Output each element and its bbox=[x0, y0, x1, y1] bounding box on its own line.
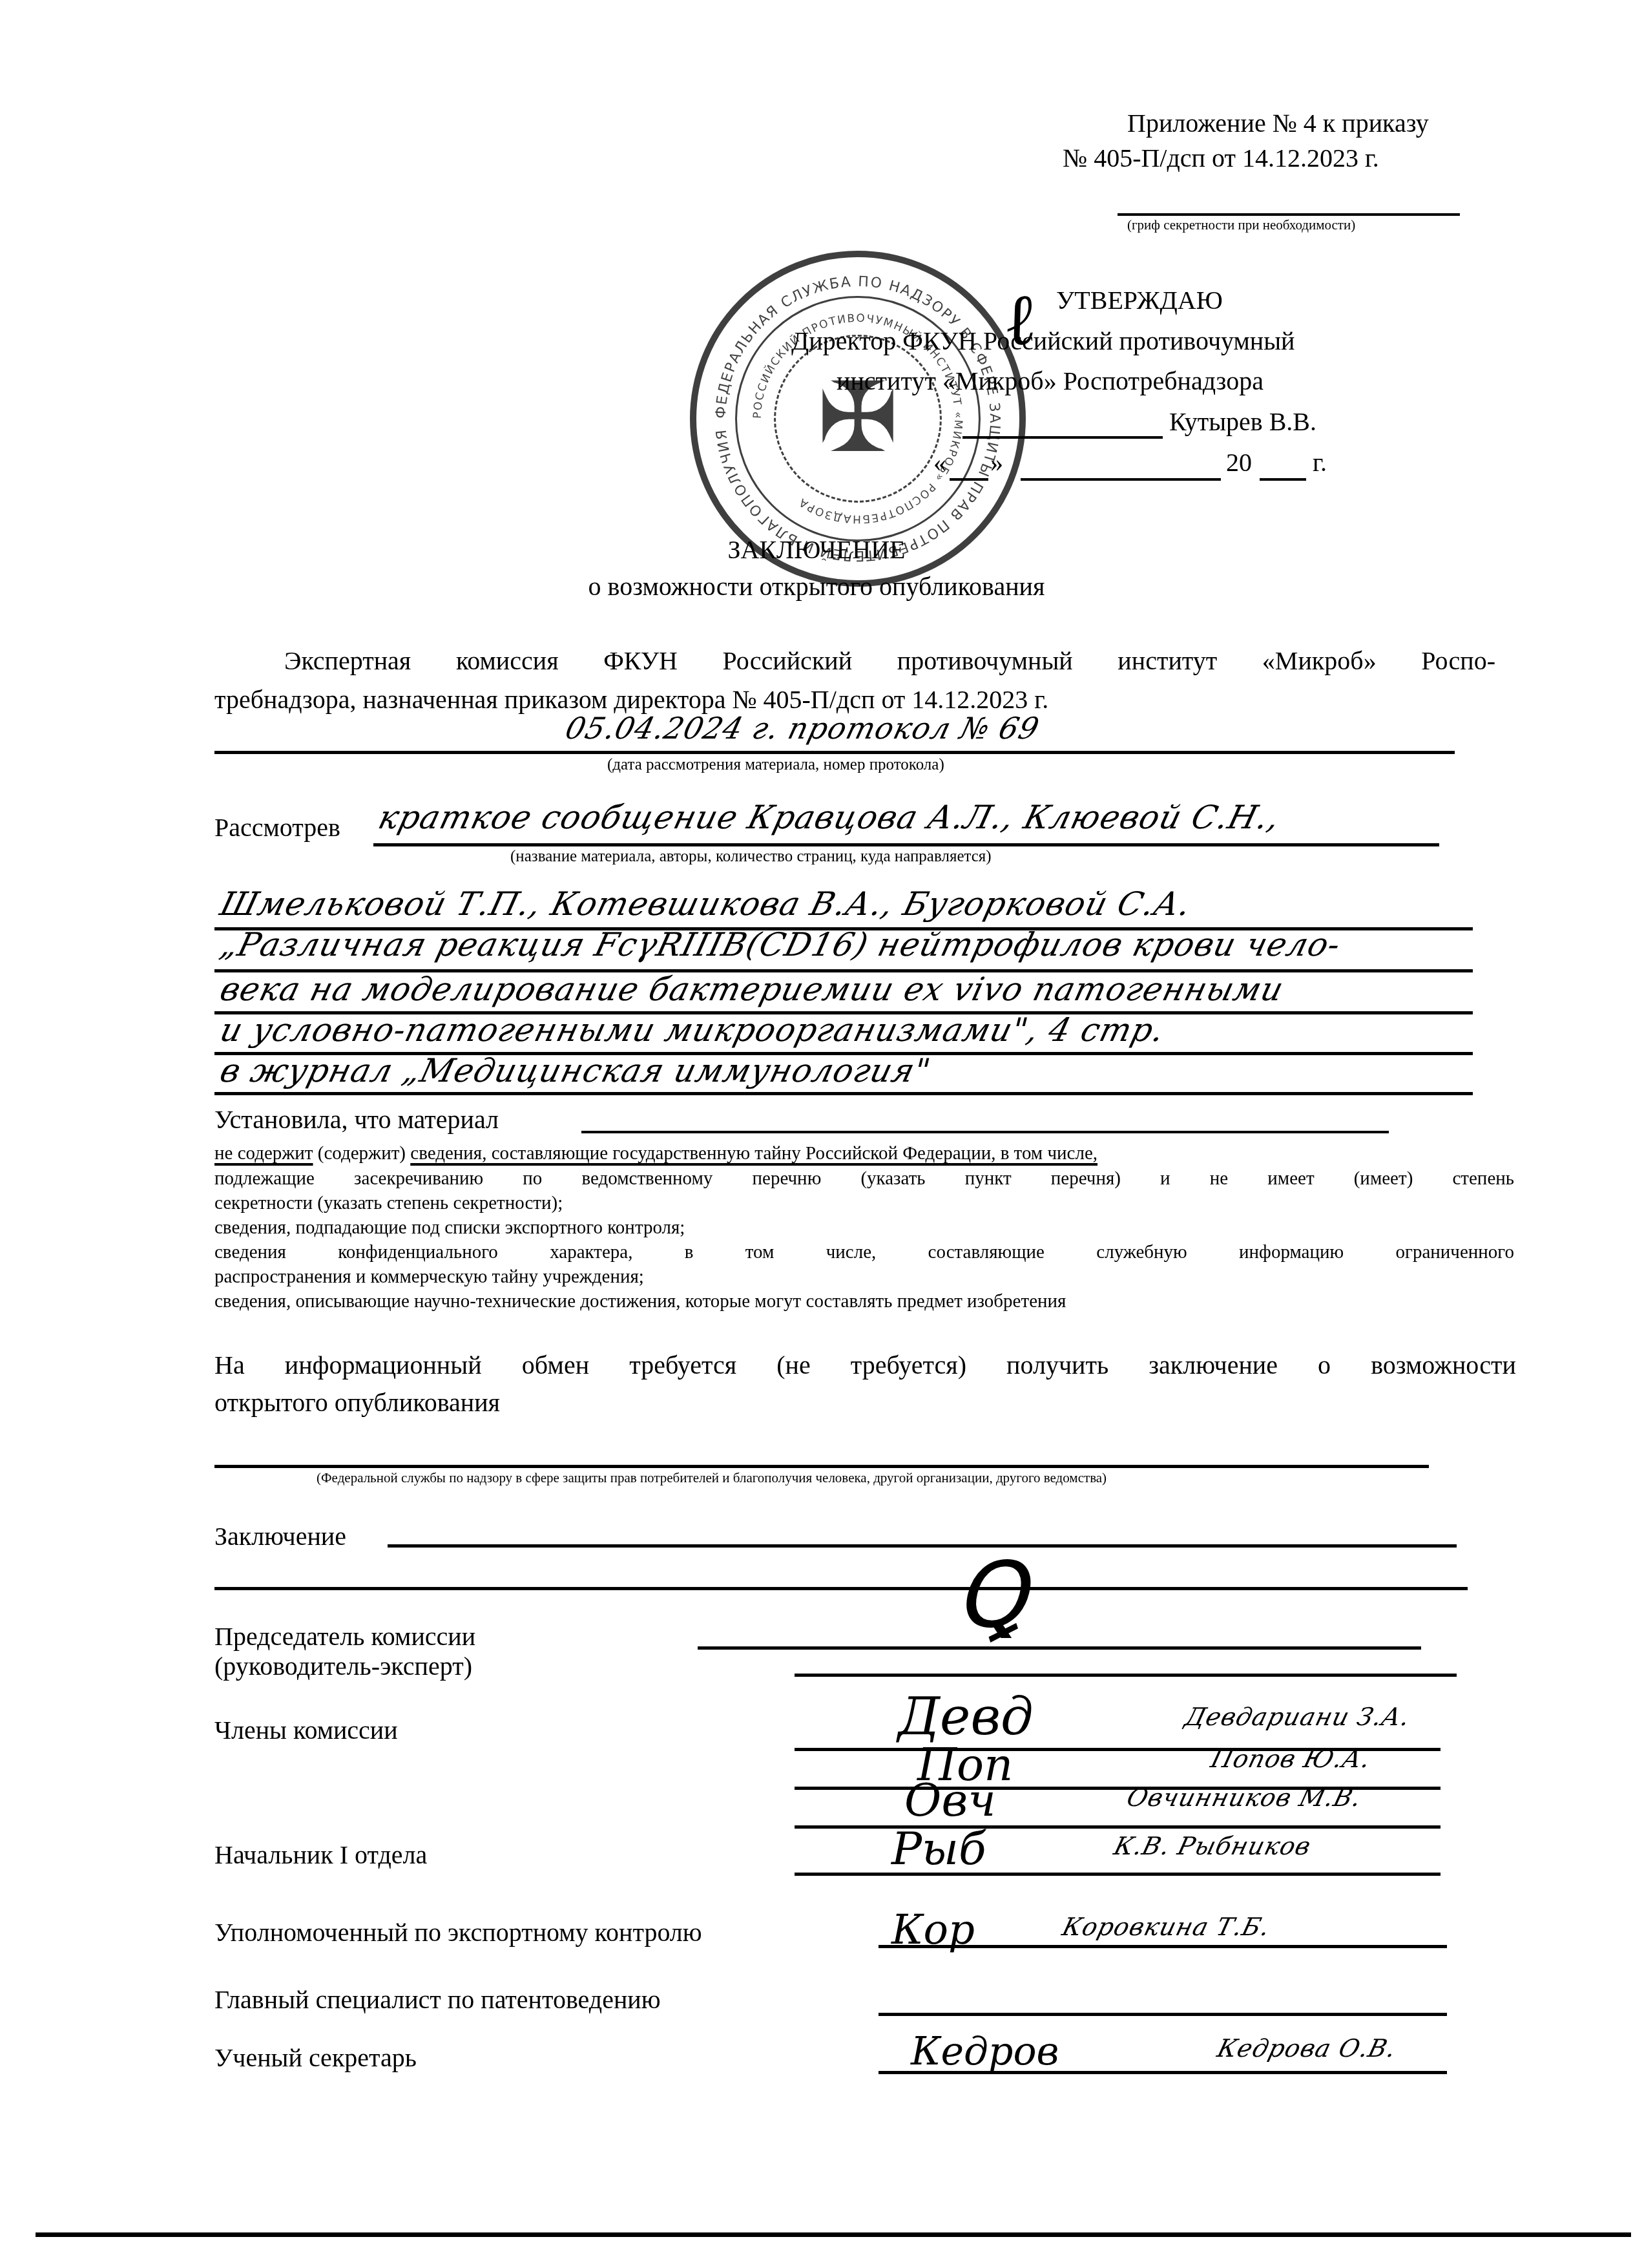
secrecy-caption: (гриф секретности при необходимости) bbox=[1127, 217, 1355, 233]
date-year-line bbox=[1260, 478, 1306, 481]
secretary-name: Кедрова О.В. bbox=[1214, 2034, 1399, 2063]
dept-head-name: К.В. Рыбников bbox=[1111, 1832, 1314, 1860]
secretary-line bbox=[879, 2071, 1447, 2074]
document-title: ЗАКЛЮЧЕНИЕ bbox=[0, 535, 1633, 565]
chairman-label: Председатель комиссии bbox=[214, 1622, 475, 1652]
patent-line bbox=[879, 2013, 1447, 2016]
chairman-line-2 bbox=[795, 1674, 1457, 1677]
approval-signer: Кутырев В.В. bbox=[1169, 407, 1316, 437]
reviewed-handwritten-line-3: „Различная реакция FcγRIIIB(CD16) нейтро… bbox=[216, 926, 1345, 963]
director-signature-line bbox=[962, 436, 1163, 439]
secrecy-line bbox=[1118, 213, 1460, 216]
review-date-line bbox=[214, 751, 1455, 754]
reviewed-handwritten-line-5: и условно-патогенными микроорганизмами",… bbox=[216, 1011, 1169, 1049]
member-2-name: Попов Ю.А. bbox=[1208, 1745, 1374, 1773]
secretary-label: Ученый секретарь bbox=[214, 2043, 417, 2073]
finding-line-2: подлежащие засекречиванию по ведомственн… bbox=[214, 1168, 1514, 1190]
chairman-line-1 bbox=[698, 1646, 1421, 1650]
member-3-signature: Овч bbox=[904, 1774, 996, 1827]
finding-label: Установила, что материал bbox=[214, 1105, 499, 1135]
export-control-name: Коровкина Т.Б. bbox=[1059, 1913, 1273, 1941]
conclusion-line-2 bbox=[214, 1587, 1468, 1590]
commission-text-1: Экспертная комиссия ФКУН Российский прот… bbox=[284, 646, 1495, 676]
conclusion-line-1 bbox=[388, 1544, 1457, 1548]
appendix-line-2: № 405-П/дсп от 14.12.2023 г. bbox=[1063, 143, 1379, 173]
state-secret-underlined: сведения, составляющие государственную т… bbox=[410, 1143, 1097, 1164]
exchange-line-1: На информационный обмен требуется (не тр… bbox=[214, 1350, 1516, 1380]
secretary-signature: Кедров bbox=[911, 2029, 1059, 2074]
exchange-line bbox=[214, 1465, 1429, 1468]
reviewed-handwritten-line-1: краткое сообщение Кравцова А.Л., Клюевой… bbox=[375, 799, 1284, 836]
not-contains-underlined: не содержит bbox=[214, 1143, 313, 1164]
reviewed-line-1 bbox=[373, 843, 1439, 846]
appendix-line-1: Приложение № 4 к приказу bbox=[1127, 109, 1429, 138]
finding-line bbox=[581, 1131, 1389, 1133]
date-suffix: г. bbox=[1313, 448, 1327, 478]
dept-head-signature: Рыб bbox=[891, 1822, 986, 1875]
date-month-line bbox=[1021, 478, 1221, 481]
reviewed-handwritten-line-4: века на моделирование бактериемии ex viv… bbox=[216, 971, 1287, 1008]
chairman-sublabel: (руководитель-эксперт) bbox=[214, 1652, 472, 1681]
reviewed-handwritten-line-6: в журнал „Медицинская иммунология" bbox=[216, 1052, 935, 1089]
chairman-signature: Ꝗ bbox=[955, 1551, 1026, 1641]
exchange-caption: (Федеральной службы по надзору в сфере з… bbox=[317, 1470, 1107, 1486]
dept-head-label: Начальник I отдела bbox=[214, 1840, 427, 1870]
review-date-caption: (дата рассмотрения материала, номер прот… bbox=[607, 756, 944, 774]
bottom-rule bbox=[36, 2232, 1631, 2237]
conclusion-label: Заключение bbox=[214, 1522, 346, 1551]
patent-label: Главный специалист по патентоведению bbox=[214, 1985, 661, 2015]
approval-line-1: Директор ФКУН Российский противочумный bbox=[791, 326, 1295, 356]
finding-line-4: сведения, подпадающие под списки экспорт… bbox=[214, 1217, 685, 1239]
approval-line-2: институт «Микроб» Роспотребнадзора bbox=[837, 366, 1264, 396]
reviewed-label: Рассмотрев bbox=[214, 813, 340, 843]
approval-title: УТВЕРЖДАЮ bbox=[1056, 286, 1223, 315]
member-3-name: Овчинников М.В. bbox=[1124, 1783, 1365, 1812]
date-day-line bbox=[950, 478, 988, 481]
reviewed-handwritten-line-2: Шмельковой Т.П., Котевшикова В.А., Бугор… bbox=[216, 885, 1195, 923]
date-year-prefix: 20 bbox=[1226, 448, 1252, 478]
dept-head-line bbox=[795, 1873, 1441, 1876]
member-1-name: Девдариани З.А. bbox=[1182, 1703, 1413, 1731]
reviewed-line-6 bbox=[214, 1092, 1473, 1095]
finding-line-3: секретности (указать степень секретности… bbox=[214, 1192, 563, 1215]
document-subtitle: о возможности открытого опубликования bbox=[0, 572, 1633, 602]
finding-line-6: распространения и коммерческую тайну учр… bbox=[214, 1266, 644, 1288]
date-close-quote: » bbox=[990, 448, 1003, 478]
reviewed-caption: (название материала, авторы, количество … bbox=[510, 848, 992, 866]
finding-line-7: сведения, описывающие научно-технические… bbox=[214, 1290, 1066, 1313]
finding-line-1: не содержит (содержит) сведения, составл… bbox=[214, 1142, 1097, 1165]
review-date-handwritten: 05.04.2024 г. протокол № 69 bbox=[562, 711, 1043, 746]
exchange-line-2: открытого опубликования bbox=[214, 1388, 500, 1418]
members-label: Члены комиссии bbox=[214, 1716, 398, 1745]
finding-line-5: сведения конфиденциального характера, в … bbox=[214, 1241, 1514, 1264]
date-open-quote: « bbox=[933, 448, 946, 478]
export-control-line bbox=[879, 1945, 1447, 1948]
export-control-label: Уполномоченный по экспортному контролю bbox=[214, 1918, 702, 1948]
